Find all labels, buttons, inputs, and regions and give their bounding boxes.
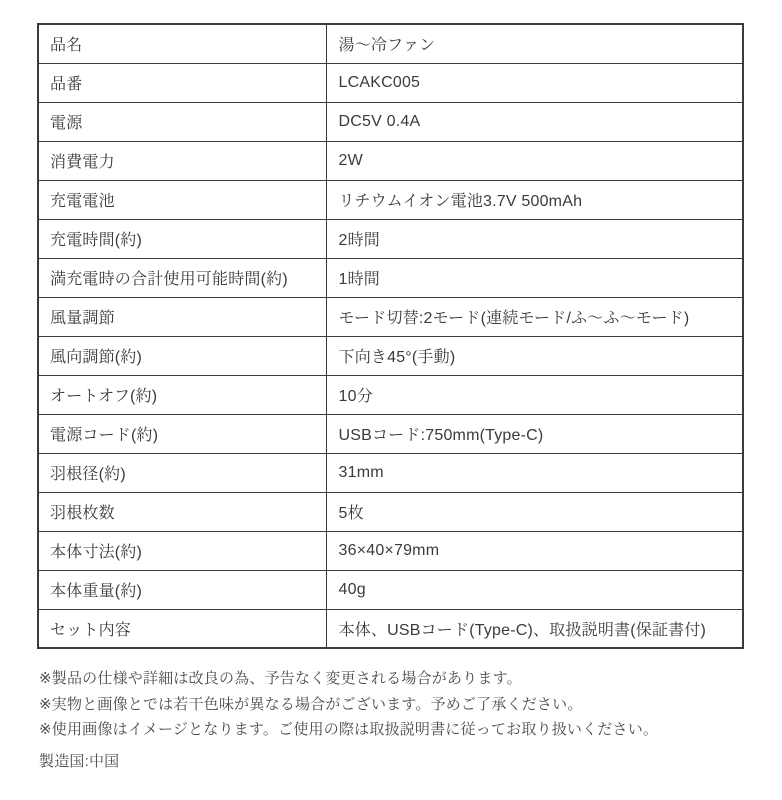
spec-table-body: 品名 湯〜冷ファン 品番 LCAKC005 電源 DC5V 0.4A 消費電力 … [38,24,743,648]
spec-value: 5枚 [326,492,743,531]
note-line: ※製品の仕様や詳細は改良の為、予告なく変更される場合があります。 [39,666,759,692]
spec-label: 充電電池 [38,180,326,219]
spec-row: 電源コード(約) USBコード:750mm(Type-C) [38,414,743,453]
spec-label: 電源 [38,102,326,141]
spec-row: オートオフ(約) 10分 [38,375,743,414]
country-of-origin: 製造国:中国 [39,752,119,772]
spec-label: 充電時間(約) [38,219,326,258]
spec-value: 2時間 [326,219,743,258]
spec-label: 羽根径(約) [38,453,326,492]
spec-row: 充電電池 リチウムイオン電池3.7V 500mAh [38,180,743,219]
spec-value: 湯〜冷ファン [326,24,743,63]
spec-value: 本体、USBコード(Type-C)、取扱説明書(保証書付) [326,609,743,648]
spec-row: 風量調節 モード切替:2モード(連続モード/ふ〜ふ〜モード) [38,297,743,336]
spec-value: 36×40×79mm [326,531,743,570]
spec-row: 風向調節(約) 下向き45°(手動) [38,336,743,375]
spec-value: 2W [326,141,743,180]
note-line: ※使用画像はイメージとなります。ご使用の際は取扱説明書に従ってお取り扱いください… [39,717,759,743]
spec-label: 電源コード(約) [38,414,326,453]
spec-row: 本体寸法(約) 36×40×79mm [38,531,743,570]
spec-label: セット内容 [38,609,326,648]
spec-row: セット内容 本体、USBコード(Type-C)、取扱説明書(保証書付) [38,609,743,648]
spec-label: オートオフ(約) [38,375,326,414]
note-line: ※実物と画像とでは若干色味が異なる場合がございます。予めご了承ください。 [39,692,759,718]
spec-label: 品番 [38,63,326,102]
spec-row: 電源 DC5V 0.4A [38,102,743,141]
spec-row: 羽根径(約) 31mm [38,453,743,492]
spec-row: 品番 LCAKC005 [38,63,743,102]
spec-row: 満充電時の合計使用可能時間(約) 1時間 [38,258,743,297]
spec-value: 40g [326,570,743,609]
spec-label: 風量調節 [38,297,326,336]
spec-row: 羽根枚数 5枚 [38,492,743,531]
spec-value: LCAKC005 [326,63,743,102]
spec-value: 31mm [326,453,743,492]
spec-label: 羽根枚数 [38,492,326,531]
spec-table: 品名 湯〜冷ファン 品番 LCAKC005 電源 DC5V 0.4A 消費電力 … [37,23,744,649]
spec-value: DC5V 0.4A [326,102,743,141]
spec-value: 1時間 [326,258,743,297]
spec-label: 本体寸法(約) [38,531,326,570]
spec-value: 下向き45°(手動) [326,336,743,375]
spec-label: 消費電力 [38,141,326,180]
product-spec-sheet: 品名 湯〜冷ファン 品番 LCAKC005 電源 DC5V 0.4A 消費電力 … [0,0,782,800]
spec-row: 本体重量(約) 40g [38,570,743,609]
notes-list: ※製品の仕様や詳細は改良の為、予告なく変更される場合があります。 ※実物と画像と… [39,666,759,743]
spec-label: 風向調節(約) [38,336,326,375]
spec-row: 充電時間(約) 2時間 [38,219,743,258]
spec-label: 満充電時の合計使用可能時間(約) [38,258,326,297]
spec-row: 消費電力 2W [38,141,743,180]
spec-value: USBコード:750mm(Type-C) [326,414,743,453]
spec-value: リチウムイオン電池3.7V 500mAh [326,180,743,219]
spec-label: 品名 [38,24,326,63]
spec-value: モード切替:2モード(連続モード/ふ〜ふ〜モード) [326,297,743,336]
spec-label: 本体重量(約) [38,570,326,609]
spec-value: 10分 [326,375,743,414]
spec-row: 品名 湯〜冷ファン [38,24,743,63]
